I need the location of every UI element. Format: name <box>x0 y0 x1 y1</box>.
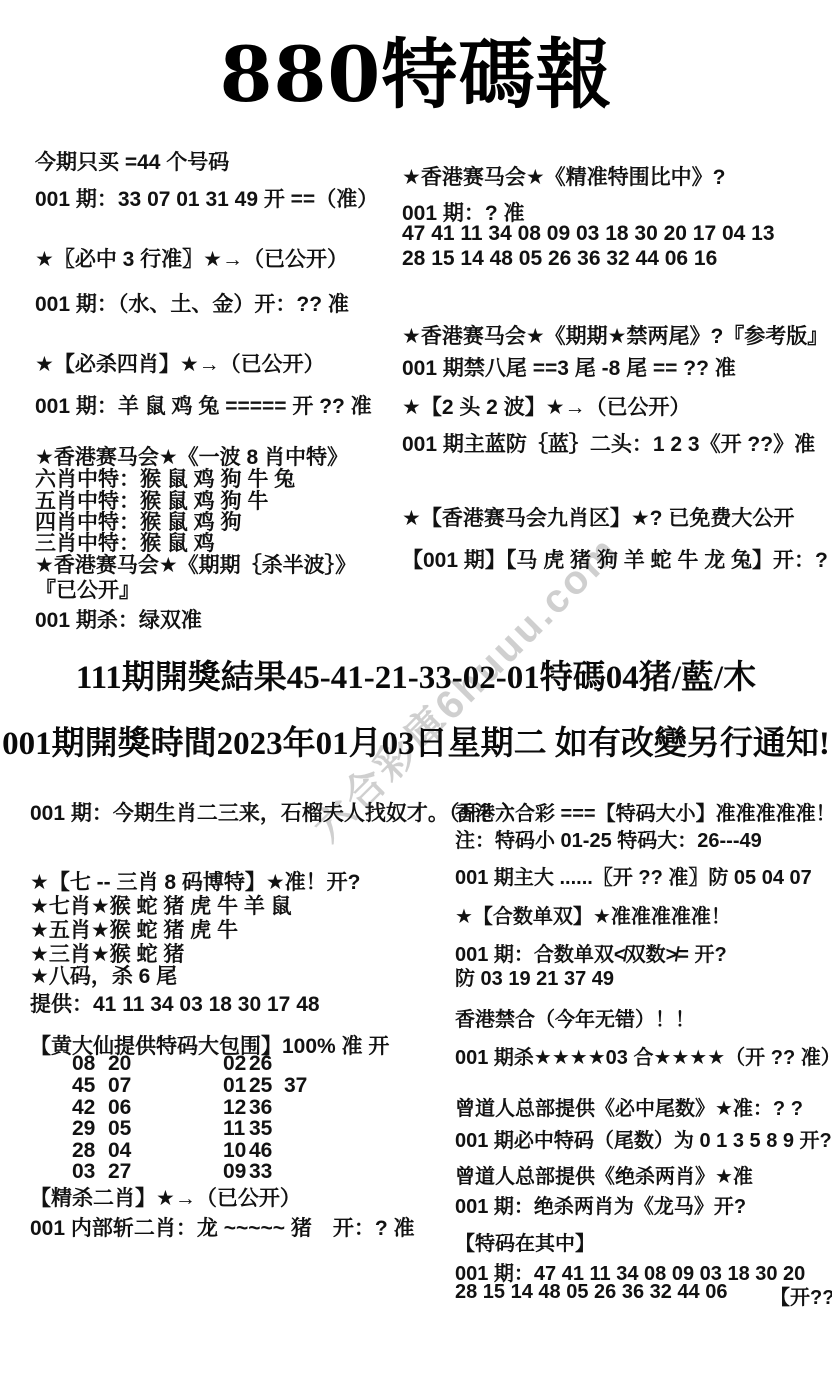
tip-line: 【特码在其中】 <box>455 1227 595 1256</box>
tip-line: ★香港赛马会★《精准特围比中》? <box>402 161 725 191</box>
grid-cell: 03 <box>72 1160 108 1184</box>
tip-line: 001 期主蓝防｛蓝｝二头：1 2 3《开 ??》准 <box>402 428 815 458</box>
tip-line: 【精杀二肖】★→（已公开） <box>30 1182 301 1212</box>
grid-cell: 27 <box>108 1160 223 1184</box>
number-grid-row: 29051135 <box>30 1117 284 1141</box>
page-title: 880特碼報 <box>0 14 832 123</box>
grid-cell: 26 <box>249 1052 284 1076</box>
tip-line: 001 期杀★★★★03 合★★★★（开 ?? 准） <box>455 1041 832 1070</box>
grid-cell: 35 <box>249 1117 284 1141</box>
grid-cell: 05 <box>108 1117 223 1141</box>
tip-line: 防 03 19 21 37 49 <box>455 962 614 991</box>
tip-line: 001 期：（水、土、金）开：?? 准 <box>35 288 349 318</box>
grid-cell: 45 <box>72 1074 108 1098</box>
grid-cell: 07 <box>108 1074 223 1098</box>
tip-line: 【001 期】【马 虎 猪 狗 羊 蛇 牛 龙 兔】开：? ? <box>402 544 832 574</box>
tip-line: ★【2 头 2 波】★→（已公开） <box>402 391 691 421</box>
tip-line: 『已公开』 <box>35 574 140 604</box>
tip-line: 香港六合彩 ===【特码大小】准准准准准！ <box>455 797 832 826</box>
tip-line: ★【香港赛马会九肖区】★? 已免费大公开 <box>402 502 794 532</box>
grid-cell: 29 <box>72 1117 108 1141</box>
tip-line: 今期只买 =44 个号码 <box>35 146 229 176</box>
grid-cell: 37 <box>284 1074 307 1098</box>
tip-line: ★〖必中 3 行准〗★→（已公开） <box>35 243 348 273</box>
draw-time-banner: 001期開獎時間2023年01月03日星期二 如有改變另行通知! <box>0 717 832 764</box>
tip-line: 001 内部斩二肖：龙 ~~~~~ 猪 开：? 准 <box>30 1212 415 1242</box>
grid-cell: 33 <box>249 1160 284 1184</box>
open-result-tag: 【开??】 <box>770 1281 832 1310</box>
tip-line: 001 期：羊 鼠 鸡 兔 ===== 开 ?? 准 <box>35 390 372 420</box>
number-list: 28 15 14 48 05 26 36 32 44 06 16 <box>402 247 717 271</box>
number-grid-row: 03270933 <box>30 1160 284 1184</box>
tip-line: 001 期：今期生肖二三来，石榴夫人找奴才。（开？） <box>30 797 522 827</box>
number-list: 28 15 14 48 05 26 36 32 44 06 <box>455 1281 727 1304</box>
tip-line: 001 期杀：绿双准 <box>35 604 202 634</box>
tip-line: 001 期必中特码（尾数）为 0 1 3 5 8 9 开? <box>455 1124 832 1153</box>
grid-cell: 20 <box>108 1052 223 1076</box>
grid-cell: 09 <box>223 1160 249 1184</box>
grid-cell: 08 <box>72 1052 108 1076</box>
tip-line: ★香港赛马会★《期期★禁两尾》?『参考版』 <box>402 320 828 350</box>
tip-line: ★八码，杀 6 尾 <box>30 960 177 990</box>
grid-cell: 01 <box>223 1074 249 1098</box>
result-banner: 111期開獎結果45-41-21-33-02-01特碼04猪/藍/木 <box>0 651 832 698</box>
number-list: 47 41 11 34 08 09 03 18 30 20 17 04 13 <box>402 222 775 246</box>
grid-cell: 11 <box>223 1117 249 1141</box>
number-grid-row: 4507012537 <box>30 1074 307 1098</box>
tip-line: 001 期：33 07 01 31 49 开 ==（准） <box>35 183 378 213</box>
tip-line: ★【合数单双】★准准准准准！ <box>455 900 731 929</box>
tip-line: 曾道人总部提供《必中尾数》★准：? ? <box>455 1092 803 1121</box>
tip-line: ★【必杀四肖】★→（已公开） <box>35 348 325 378</box>
tip-line: 001 期：绝杀两肖为《龙马》开? <box>455 1190 746 1219</box>
tip-line: 香港禁合（今年无错）！！ <box>455 1003 695 1032</box>
tip-line: 001 期主大 ......〖开 ?? 准〗防 05 04 07 <box>455 861 812 890</box>
number-list: 提供：41 11 34 03 18 30 17 48 <box>30 988 320 1018</box>
number-grid-row: 08200226 <box>30 1052 284 1076</box>
tip-line: 001 期禁八尾 ==3 尾 -8 尾 == ?? 准 <box>402 352 736 382</box>
tip-line: 曾道人总部提供《绝杀两肖》★准 <box>455 1160 753 1189</box>
grid-cell: 02 <box>223 1052 249 1076</box>
tip-line: 注：特码小 01-25 特码大：26---49 <box>455 824 762 853</box>
grid-cell: 25 <box>249 1074 284 1098</box>
